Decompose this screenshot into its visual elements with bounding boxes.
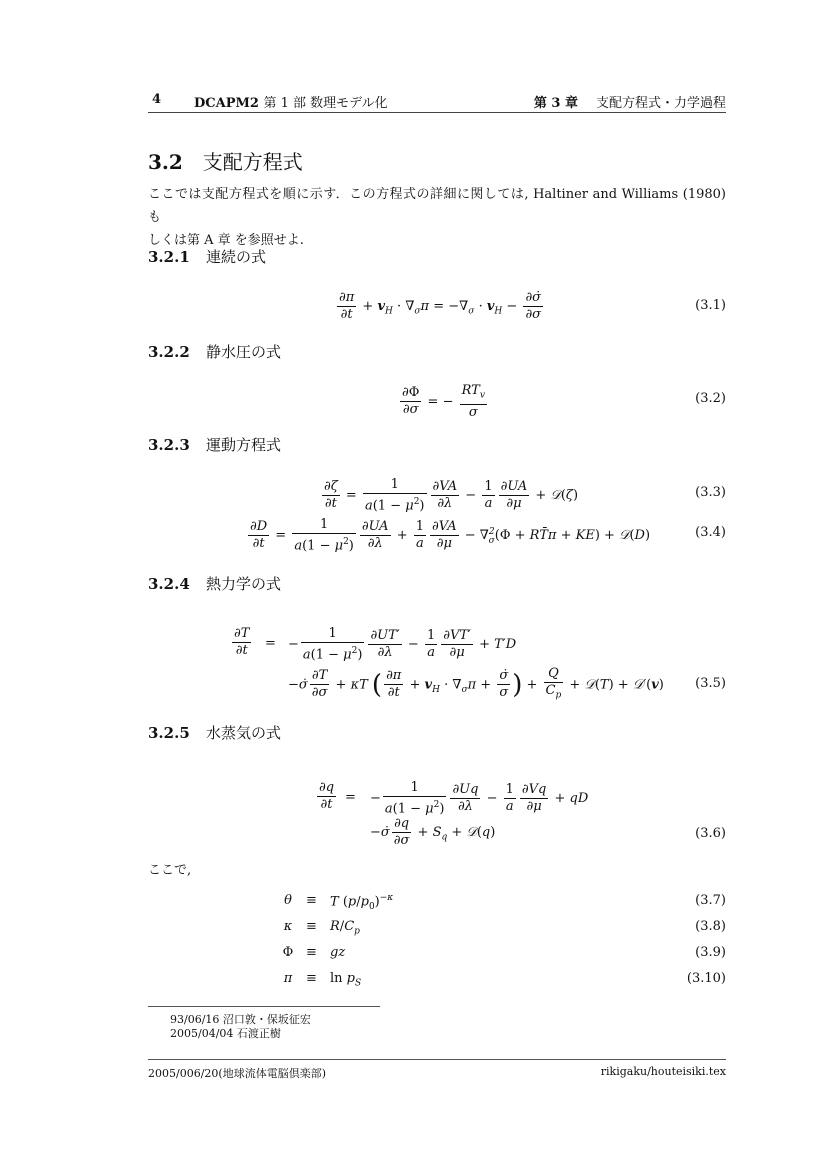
chapter-title: 第 3 章支配方程式・力学過程: [534, 92, 726, 111]
where-text: ここで,: [148, 859, 191, 878]
doc-title: DCAPM2 第 1 部 数理モデル化: [194, 92, 387, 111]
definitions-block: θ ≡ T (p/p0)−κ (3.7) κ ≡ R/Cp (3.8) Φ ≡ …: [280, 893, 726, 997]
running-header: 4 DCAPM2 第 1 部 数理モデル化 第 3 章支配方程式・力学過程: [148, 92, 726, 112]
footer-rule: [148, 1059, 726, 1060]
subsection-heading-hydrostatic: 3.2.2静水圧の式: [148, 341, 281, 362]
equation-3-5: ∂T∂t = −1a(1 − μ2)∂UT′∂λ − 1a∂VT′∂μ + T′…: [230, 626, 726, 706]
part-title: 第 1 部 数理モデル化: [263, 96, 387, 111]
definition-row: π ≡ ln pS (3.10): [280, 971, 726, 997]
subsection-heading-water-vapor: 3.2.5水蒸気の式: [148, 722, 281, 743]
page-number: 4: [152, 92, 161, 107]
section-heading: 3.2支配方程式: [148, 146, 303, 175]
definition-row: Φ ≡ gz (3.9): [280, 945, 726, 971]
equation-3-6: ∂q∂t = −1a(1 − μ2)∂Uq∂λ − 1a∂Vq∂μ + qD −…: [315, 780, 726, 850]
equation-3-1: ∂π∂t + vH · ∇σπ = −∇σ · vH − ∂σ̇∂σ (3.1): [335, 290, 726, 323]
footer-right: rikigaku/houteisiki.tex: [601, 1065, 726, 1078]
subsection-heading-thermodynamic: 3.2.4熱力学の式: [148, 573, 281, 594]
equation-3-4: ∂D∂t = 1a(1 − μ2)∂UA∂λ + 1a∂VA∂μ − ∇2σ(Φ…: [246, 517, 726, 554]
footnote: 2005/04/04 石渡正樹: [170, 1025, 281, 1041]
definition-row: θ ≡ T (p/p0)−κ (3.7): [280, 893, 726, 919]
equation-3-2: ∂Φ∂σ = − RTvσ (3.2): [398, 383, 726, 421]
equation-3-3: ∂ζ∂t = 1a(1 − μ2)∂VA∂λ − 1a∂UA∂μ + 𝒟(ζ) …: [320, 477, 726, 514]
subsection-heading-momentum: 3.2.3運動方程式: [148, 434, 281, 455]
header-rule: [148, 112, 726, 113]
definition-row: κ ≡ R/Cp (3.8): [280, 919, 726, 945]
intro-paragraph: ここでは支配方程式を順に示す．この方程式の詳細に関しては, Haltiner a…: [148, 183, 726, 252]
footer-left: 2005/006/20(地球流体電脳倶楽部): [148, 1065, 326, 1081]
subsection-heading-continuity: 3.2.1連続の式: [148, 246, 266, 267]
footnote-rule: [148, 1006, 380, 1007]
